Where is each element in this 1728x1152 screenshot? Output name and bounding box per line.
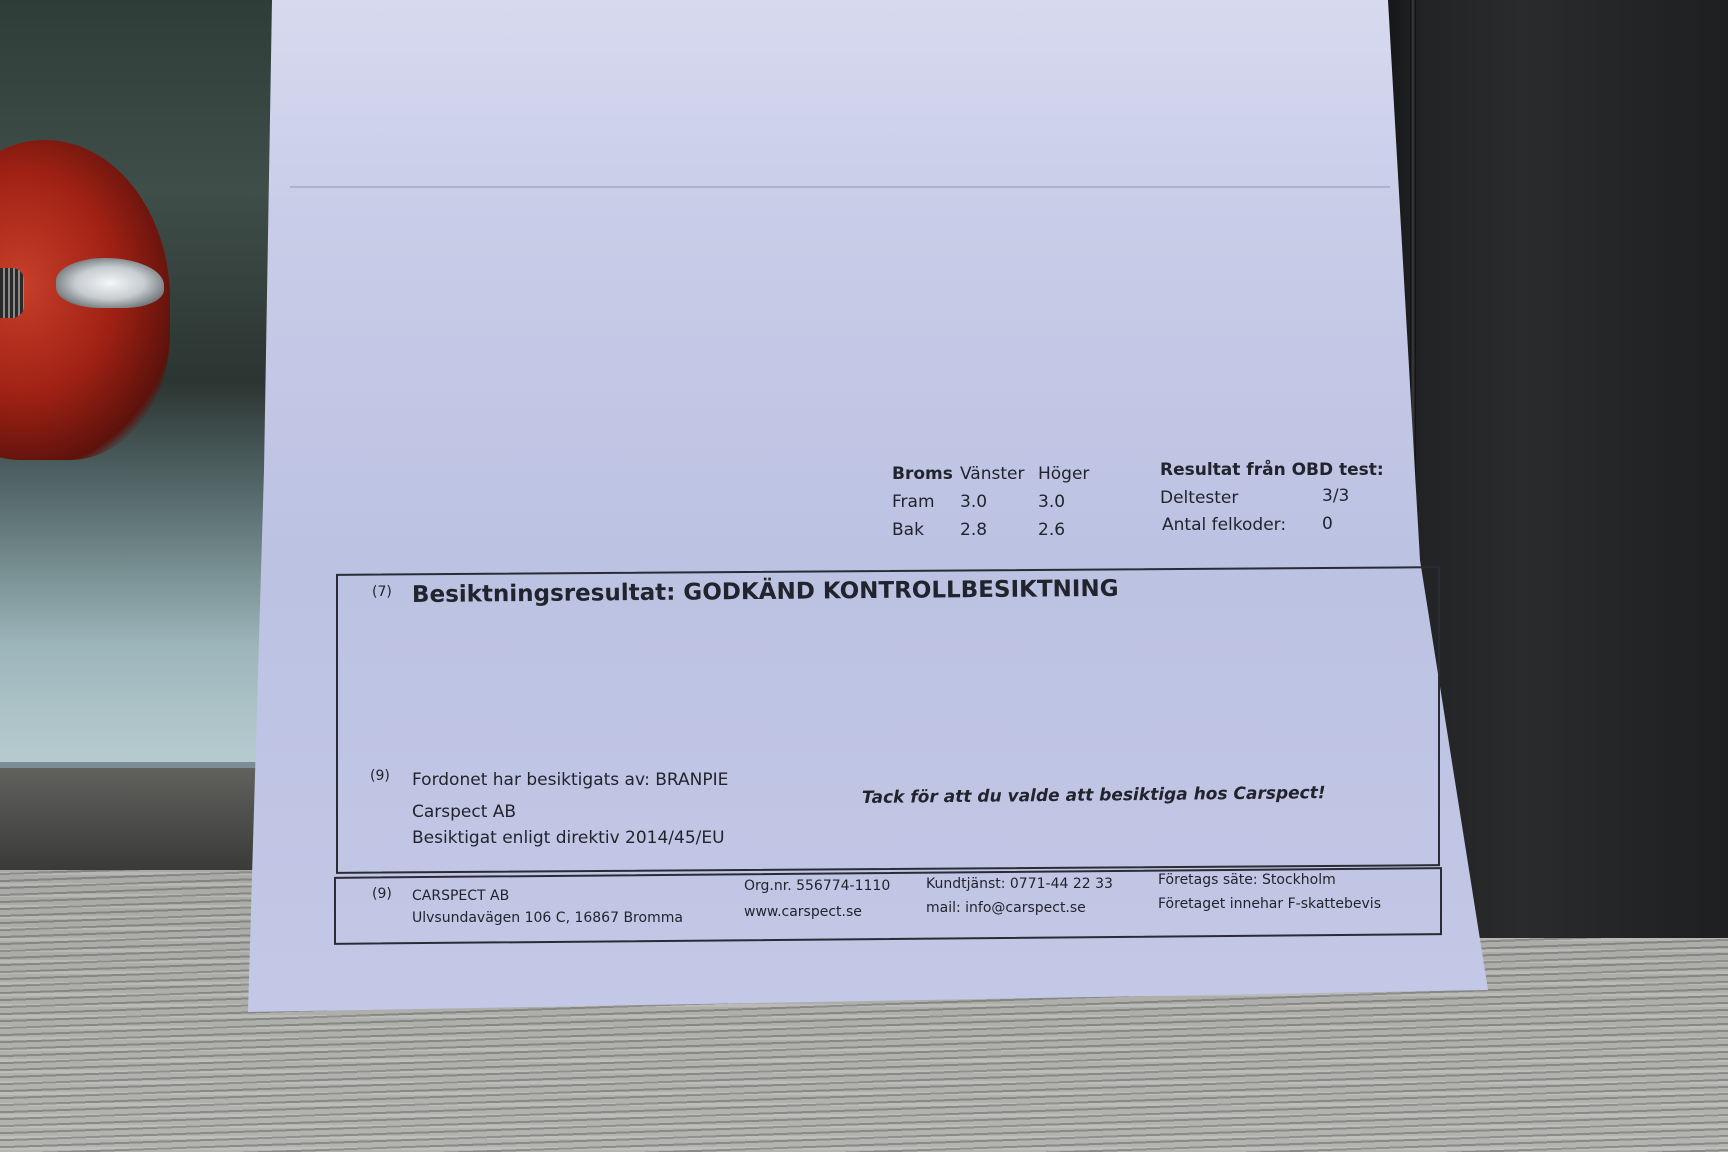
result-marker: (7)	[372, 584, 392, 600]
footer-address: Ulvsundavägen 106 C, 16867 Bromma	[412, 910, 683, 926]
obd-row-value: 3/3	[1322, 486, 1349, 506]
car-headlight	[56, 258, 164, 308]
inspector-line: Besiktigat enligt direktiv 2014/45/EU	[412, 828, 725, 848]
brake-row-right: 2.6	[1038, 520, 1065, 540]
brake-row-left: 3.0	[960, 492, 987, 512]
brake-row-left: 2.8	[960, 520, 987, 540]
obd-title: Resultat från OBD test:	[1160, 460, 1384, 480]
brake-row-label: Bak	[892, 520, 924, 540]
footer-seat: Företags säte: Stockholm	[1158, 872, 1336, 888]
footer-company: CARSPECT AB	[412, 888, 509, 904]
obd-row-label: Antal felkoder:	[1162, 515, 1286, 535]
brake-row-label: Fram	[892, 492, 935, 512]
footer-email: mail: info@carspect.se	[926, 900, 1086, 916]
brake-header-right: Höger	[1038, 464, 1089, 484]
obd-row-label: Deltester	[1160, 488, 1238, 508]
brake-row-right: 3.0	[1038, 492, 1065, 512]
obd-row-value: 0	[1322, 514, 1333, 534]
footer-customer-service: Kundtjänst: 0771-44 22 33	[926, 876, 1113, 892]
car-grille	[0, 268, 24, 318]
footer-org-nr: Org.nr. 556774-1110	[744, 878, 890, 894]
brake-header-label: Broms	[892, 464, 953, 484]
inspector-line: Fordonet har besiktigats av: BRANPIE	[412, 770, 728, 790]
brake-header-left: Vänster	[960, 464, 1024, 484]
paper-fold-line	[290, 186, 1390, 188]
footer-tax-note: Företaget innehar F-skattebevis	[1158, 896, 1381, 912]
footer-marker: (9)	[372, 886, 392, 902]
inspector-marker: (9)	[370, 768, 390, 784]
footer-website: www.carspect.se	[744, 904, 862, 920]
inspector-line: Carspect AB	[412, 802, 516, 822]
car-brochure	[0, 0, 284, 768]
